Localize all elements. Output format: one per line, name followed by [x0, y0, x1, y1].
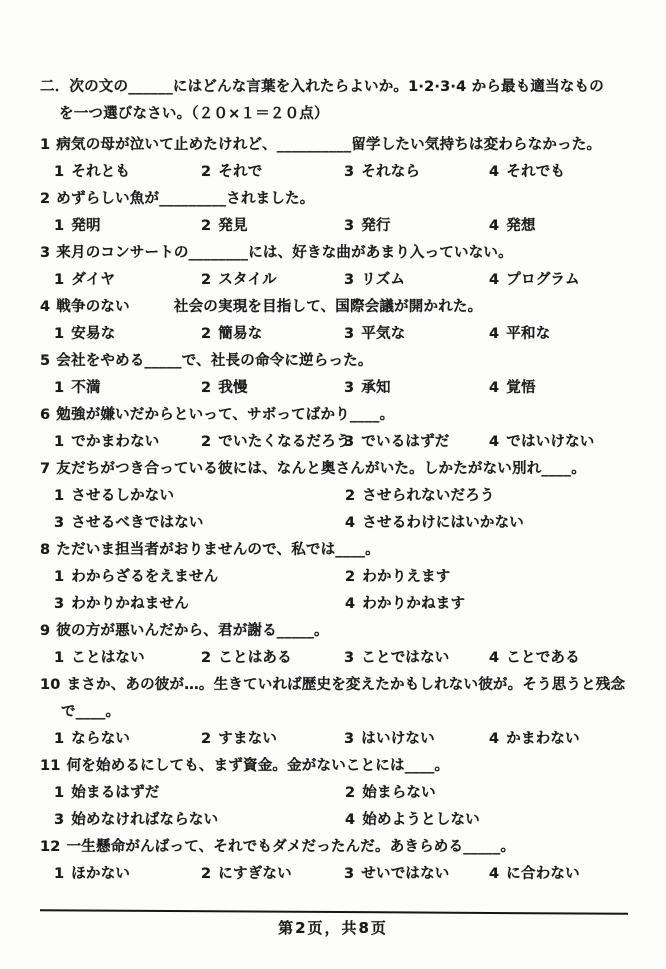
- option-label: かまわない: [506, 731, 580, 747]
- question-number: 12: [40, 839, 61, 855]
- option-label: 始まらない: [362, 785, 436, 801]
- option-label: 始めようとしない: [362, 812, 480, 828]
- question-block: 9彼の方が悪いんだから、君が謝る_____。1ことはない2ことはある3ことではな…: [40, 618, 632, 672]
- option-number: 3: [344, 726, 354, 753]
- option: 3発行: [344, 213, 489, 240]
- option-label: ことである: [506, 650, 580, 666]
- option: 1させるしかない: [54, 483, 345, 510]
- option-label: 発想: [506, 218, 535, 234]
- option: 4発想: [489, 213, 632, 240]
- option-label: 始めなければならない: [71, 812, 218, 828]
- option-label: 我慢: [218, 380, 247, 396]
- question-stem: 8ただいま担当者がおりませんので、私では____。: [40, 537, 632, 564]
- option: 2我慢: [201, 375, 344, 402]
- option: 1始まるはずだ: [54, 780, 345, 807]
- option-number: 1: [54, 564, 64, 591]
- question-number: 8: [40, 542, 50, 558]
- question-section: 二．次の文の______にはどんな言葉を入れたらよいか。1·2·3·4 から最も…: [40, 74, 632, 888]
- option-number: 1: [54, 645, 64, 672]
- option: 3それなら: [344, 159, 489, 186]
- options-row: 1ほかない2にすぎない3せいではない4に合わない: [40, 861, 632, 888]
- option-label: ことはない: [71, 650, 145, 666]
- question-number: 6: [40, 407, 50, 423]
- option: 2させられないだろう: [345, 483, 632, 510]
- options-row: 1ことはない2ことはある3ことではない4ことである: [40, 645, 632, 672]
- option-label: ダイヤ: [71, 272, 115, 288]
- question-block: 5会社をやめる_____で、社長の命令に逆らった。1不満2我慢3承知4覚悟: [40, 348, 632, 402]
- option: 2始まらない: [345, 780, 632, 807]
- option: 4それでも: [489, 159, 632, 186]
- option-number: 3: [344, 375, 354, 402]
- option-number: 2: [201, 645, 211, 672]
- option-label: でかまわない: [71, 434, 159, 450]
- option-number: 2: [201, 213, 211, 240]
- option-number: 3: [344, 321, 354, 348]
- option-number: 1: [54, 429, 64, 456]
- option: 1ならない: [54, 726, 201, 753]
- options-row: 3させるべきではない4させるわけにはいかない: [40, 510, 632, 537]
- option: 4覚悟: [489, 375, 632, 402]
- question-block: 12一生懸命がんばって、それでもダメだったんだ。あきらめる_____。1ほかない…: [40, 834, 632, 888]
- option-label: でいたくなるだろう: [218, 434, 350, 450]
- question-number: 3: [40, 245, 50, 261]
- option: 3せいではない: [344, 861, 489, 888]
- option-number: 2: [201, 861, 211, 888]
- question-stem: 5会社をやめる_____で、社長の命令に逆らった。: [40, 348, 632, 375]
- option: 1わからざるをえません: [54, 564, 345, 591]
- option-label: ことではない: [361, 650, 449, 666]
- question-block: 6勉強が嫌いだからといって、サボってばかり____。1でかまわない2でいたくなる…: [40, 402, 632, 456]
- question-number: 10: [40, 677, 61, 693]
- question-block: 4戦争のない 社会の実現を目指して、国際会議が開かれた。1安易な2簡易な3平気な…: [40, 294, 632, 348]
- option-number: 1: [54, 861, 64, 888]
- option-number: 3: [344, 429, 354, 456]
- option: 2でいたくなるだろう: [201, 429, 344, 456]
- option-number: 2: [345, 483, 355, 510]
- option-number: 4: [489, 645, 499, 672]
- option: 3はいけない: [344, 726, 489, 753]
- question-text: まさか、あの彼が…。生きていれば歴史を変えたかもしれない彼が。そう思うと残念で_…: [61, 677, 625, 720]
- option: 2スタイル: [201, 267, 344, 294]
- option-label: 発行: [361, 218, 390, 234]
- option-label: スタイル: [218, 272, 277, 288]
- option-label: させられないだろう: [362, 488, 494, 504]
- option-label: すまない: [218, 731, 277, 747]
- option: 3させるべきではない: [54, 510, 345, 537]
- option-label: ではいけない: [506, 434, 594, 450]
- question-block: 8ただいま担当者がおりませんので、私では____。1わからざるをえません2わかり…: [40, 537, 632, 618]
- option-label: 発見: [218, 218, 247, 234]
- option: 3わかりかねません: [54, 591, 345, 618]
- question-text: 何を始めるにしても、まず資金。金がないことには____。: [67, 758, 450, 774]
- options-row: 3わかりかねません4わかりかねます: [40, 591, 632, 618]
- option-number: 3: [344, 159, 354, 186]
- option-number: 3: [344, 861, 354, 888]
- option-number: 1: [54, 726, 64, 753]
- option: 3リズム: [344, 267, 489, 294]
- option-label: 不満: [71, 380, 100, 396]
- option-label: 承知: [361, 380, 390, 396]
- option: 2発見: [201, 213, 344, 240]
- option-number: 1: [54, 267, 64, 294]
- option-number: 3: [344, 213, 354, 240]
- option-label: でいるはずだ: [361, 434, 449, 450]
- option-number: 3: [54, 807, 64, 834]
- question-block: 1病気の母が泣いて止めたけれど、__________留学したい気持ちは変わらなか…: [40, 132, 632, 186]
- option-number: 4: [345, 591, 355, 618]
- option-number: 4: [489, 861, 499, 888]
- question-block: 3来月のコンサートの________には、好きな曲があまり入っていない。1ダイヤ…: [40, 240, 632, 294]
- option-number: 3: [54, 591, 64, 618]
- question-number: 7: [40, 461, 50, 477]
- question-number: 2: [40, 191, 50, 207]
- option-number: 4: [489, 726, 499, 753]
- option: 3承知: [344, 375, 489, 402]
- question-stem: 3来月のコンサートの________には、好きな曲があまり入っていない。: [40, 240, 632, 267]
- option: 2それで: [201, 159, 344, 186]
- option: 4させるわけにはいかない: [345, 510, 632, 537]
- option-number: 1: [54, 321, 64, 348]
- option: 3平気な: [344, 321, 489, 348]
- question-number: 11: [40, 758, 61, 774]
- option-number: 1: [54, 159, 64, 186]
- option-label: 簡易な: [218, 326, 262, 342]
- option: 2簡易な: [201, 321, 344, 348]
- option-number: 3: [344, 645, 354, 672]
- question-text: 勉強が嫌いだからといって、サボってばかり____。: [56, 407, 394, 423]
- footer-divider: [40, 909, 628, 915]
- option-number: 2: [201, 429, 211, 456]
- question-stem: 2めずらしい魚が_________されました。: [40, 186, 632, 213]
- question-text: ただいま担当者がおりませんので、私では____。: [56, 542, 380, 558]
- option-label: わかりかねます: [362, 596, 465, 612]
- options-row: 1ならない2すまない3はいけない4かまわない: [40, 726, 632, 753]
- option-number: 4: [489, 429, 499, 456]
- option-number: 2: [201, 726, 211, 753]
- option-number: 4: [489, 213, 499, 240]
- option-number: 4: [489, 159, 499, 186]
- option-number: 4: [345, 510, 355, 537]
- option-label: それでも: [506, 164, 565, 180]
- option-label: 平和な: [506, 326, 550, 342]
- question-stem: 10まさか、あの彼が…。生きていれば歴史を変えたかもしれない彼が。そう思うと残念…: [40, 672, 632, 726]
- option: 3でいるはずだ: [344, 429, 489, 456]
- options-row: 1安易な2簡易な3平気な4平和な: [40, 321, 632, 348]
- option: 1ことはない: [54, 645, 201, 672]
- option-number: 1: [54, 780, 64, 807]
- options-row: 3始めなければならない4始めようとしない: [40, 807, 632, 834]
- question-block: 10まさか、あの彼が…。生きていれば歴史を変えたかもしれない彼が。そう思うと残念…: [40, 672, 632, 753]
- option-label: それなら: [361, 164, 420, 180]
- question-stem: 11何を始めるにしても、まず資金。金がないことには____。: [40, 753, 632, 780]
- question-text: 戦争のない 社会の実現を目指して、国際会議が開かれた。: [56, 299, 482, 315]
- option-label: させるしかない: [71, 488, 174, 504]
- options-row: 1でかまわない2でいたくなるだろう3でいるはずだ4ではいけない: [40, 429, 632, 456]
- option-label: わかりえます: [362, 569, 450, 585]
- question-text: 友だちがつき合っている彼には、なんと奥さんがいた。しかたがない別れ____。: [56, 461, 586, 477]
- option-label: それで: [218, 164, 262, 180]
- option: 4始めようとしない: [345, 807, 632, 834]
- option-label: 安易な: [71, 326, 115, 342]
- option-number: 2: [345, 564, 355, 591]
- question-list: 1病気の母が泣いて止めたけれど、__________留学したい気持ちは変わらなか…: [40, 132, 632, 888]
- option-number: 4: [345, 807, 355, 834]
- option: 4プログラム: [489, 267, 632, 294]
- options-row: 1させるしかない2させられないだろう: [40, 483, 632, 510]
- question-number: 4: [40, 299, 50, 315]
- option: 1ほかない: [54, 861, 201, 888]
- options-row: 1わからざるをえません2わかりえます: [40, 564, 632, 591]
- question-block: 11何を始めるにしても、まず資金。金がないことには____。1始まるはずだ2始ま…: [40, 753, 632, 834]
- option: 4わかりかねます: [345, 591, 632, 618]
- question-number: 5: [40, 353, 50, 369]
- option-number: 2: [201, 321, 211, 348]
- question-stem: 6勉強が嫌いだからといって、サボってばかり____。: [40, 402, 632, 429]
- option-label: にすぎない: [218, 866, 292, 882]
- option-label: わからざるをえません: [71, 569, 218, 585]
- question-number: 1: [40, 137, 50, 153]
- question-text: めずらしい魚が_________されました。: [56, 191, 314, 207]
- option: 1安易な: [54, 321, 201, 348]
- option-label: ことはある: [218, 650, 292, 666]
- option: 4に合わない: [489, 861, 632, 888]
- question-text: 病気の母が泣いて止めたけれど、__________留学したい気持ちは変わらなかっ…: [56, 137, 601, 153]
- option-label: 覚悟: [506, 380, 535, 396]
- option-label: ほかない: [71, 866, 130, 882]
- option-label: 発明: [71, 218, 100, 234]
- option-label: それとも: [71, 164, 130, 180]
- option-label: わかりかねません: [71, 596, 189, 612]
- option: 4ではいけない: [489, 429, 632, 456]
- option-number: 1: [54, 375, 64, 402]
- question-stem: 1病気の母が泣いて止めたけれど、__________留学したい気持ちは変わらなか…: [40, 132, 632, 159]
- options-row: 1ダイヤ2スタイル3リズム4プログラム: [40, 267, 632, 294]
- options-row: 1発明2発見3発行4発想: [40, 213, 632, 240]
- scanned-test-page: 二．次の文の______にはどんな言葉を入れたらよいか。1·2·3·4 から最も…: [0, 0, 666, 969]
- option-number: 1: [54, 213, 64, 240]
- section-heading-line2: を一つ選びなさい。（２０×１＝２０点）: [40, 101, 632, 128]
- option: 1でかまわない: [54, 429, 201, 456]
- option: 4平和な: [489, 321, 632, 348]
- question-text: 来月のコンサートの________には、好きな曲があまり入っていない。: [56, 245, 513, 261]
- option: 4かまわない: [489, 726, 632, 753]
- option-label: させるわけにはいかない: [362, 515, 524, 531]
- option-label: リズム: [361, 272, 405, 288]
- option-number: 4: [489, 267, 499, 294]
- option-label: プログラム: [506, 272, 579, 288]
- question-stem: 7友だちがつき合っている彼には、なんと奥さんがいた。しかたがない別れ____。: [40, 456, 632, 483]
- option-number: 2: [201, 267, 211, 294]
- option-label: はいけない: [361, 731, 435, 747]
- question-stem: 4戦争のない 社会の実現を目指して、国際会議が開かれた。: [40, 294, 632, 321]
- option-label: させるべきではない: [71, 515, 203, 531]
- option-number: 4: [489, 321, 499, 348]
- option: 3始めなければならない: [54, 807, 345, 834]
- options-row: 1不満2我慢3承知4覚悟: [40, 375, 632, 402]
- option-label: ならない: [71, 731, 130, 747]
- option: 1不満: [54, 375, 201, 402]
- option-number: 3: [54, 510, 64, 537]
- option-number: 2: [345, 780, 355, 807]
- option: 2すまない: [201, 726, 344, 753]
- option-label: せいではない: [361, 866, 449, 882]
- question-text: 一生懸命がんばって、それでもダメだったんだ。あきらめる_____。: [67, 839, 516, 855]
- option: 1発明: [54, 213, 201, 240]
- footer-page-number: 第2页，共8页: [0, 917, 666, 938]
- option: 2わかりえます: [345, 564, 632, 591]
- option-label: 平気な: [361, 326, 405, 342]
- question-stem: 12一生懸命がんばって、それでもダメだったんだ。あきらめる_____。: [40, 834, 632, 861]
- option-label: に合わない: [506, 866, 580, 882]
- option-number: 4: [489, 375, 499, 402]
- options-row: 1始まるはずだ2始まらない: [40, 780, 632, 807]
- question-block: 2めずらしい魚が_________されました。1発明2発見3発行4発想: [40, 186, 632, 240]
- question-block: 7友だちがつき合っている彼には、なんと奥さんがいた。しかたがない別れ____。1…: [40, 456, 632, 537]
- option: 2ことはある: [201, 645, 344, 672]
- option: 3ことではない: [344, 645, 489, 672]
- option-number: 2: [201, 159, 211, 186]
- question-number: 9: [40, 623, 50, 639]
- options-row: 1それとも2それで3それなら4それでも: [40, 159, 632, 186]
- option-number: 3: [344, 267, 354, 294]
- section-heading-line1: 二．次の文の______にはどんな言葉を入れたらよいか。1·2·3·4 から最も…: [40, 74, 632, 101]
- option-number: 2: [201, 375, 211, 402]
- question-stem: 9彼の方が悪いんだから、君が謝る_____。: [40, 618, 632, 645]
- option-label: 始まるはずだ: [71, 785, 159, 801]
- option-number: 1: [54, 483, 64, 510]
- option: 2にすぎない: [201, 861, 344, 888]
- question-text: 会社をやめる_____で、社長の命令に逆らった。: [56, 353, 372, 369]
- question-text: 彼の方が悪いんだから、君が謝る_____。: [56, 623, 328, 639]
- option: 1それとも: [54, 159, 201, 186]
- option: 1ダイヤ: [54, 267, 201, 294]
- option: 4ことである: [489, 645, 632, 672]
